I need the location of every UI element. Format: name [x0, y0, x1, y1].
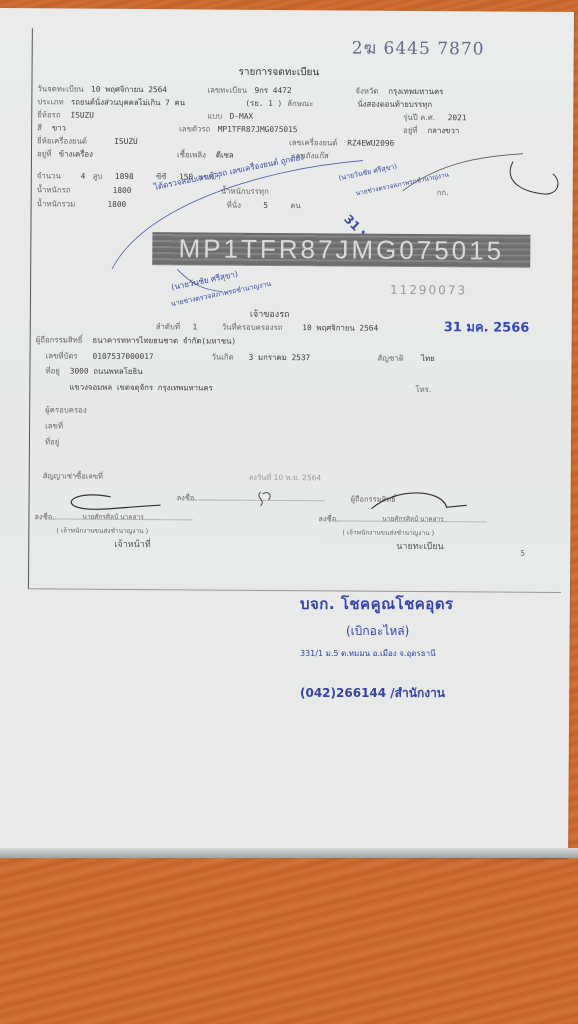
holder-date: 3 มกราคม 2537 [249, 353, 311, 362]
cylinders: 4 [81, 172, 86, 181]
initials-signature [252, 488, 276, 514]
handwritten-note: 2ฆ 6445 7870 [352, 34, 485, 62]
possession-date: 10 พฤศจิกายน 2564 [302, 323, 378, 333]
engine-brand: ISUZU [114, 137, 138, 146]
plate-number: 9กร 4472 [254, 86, 291, 95]
registration-date: 10 พฤศจิกายน 2564 [91, 85, 167, 95]
stamped-date: 31 มค. 2566 [444, 316, 530, 338]
officer-title: เจ้าหน้าที่ [114, 537, 151, 551]
contract-date: ลงวันที่ 10 พ.ย. 2564 [249, 472, 322, 485]
brand: ISUZU [70, 111, 94, 120]
vehicle-code: (รย. 1 ) [245, 99, 282, 108]
color: ขาว [52, 123, 66, 132]
phone-label: โทร. [415, 385, 431, 394]
registration-date-row: วันจดทะเบียน 10 พฤศจิกายน 2564 [37, 83, 167, 96]
owner-order: 1 [192, 322, 197, 331]
engine-position: ข้างเครื่อง [59, 149, 93, 158]
possessor-address-label: ที่อยู่ [45, 437, 59, 446]
registrar-role: ( เจ้าพนักงานขนส่งชำนาญงาน ) [342, 527, 434, 538]
dealer-name: บจก. โชคคูณโชคอุดร [300, 592, 454, 616]
engine-number: RZ4EWU2096 [347, 138, 394, 147]
model-year: 2021 [448, 113, 467, 122]
owner-section-heading: เจ้าของรถ [250, 307, 290, 321]
chassis-number: MP1TFR87JMG075015 [218, 125, 298, 135]
registrar-signature [366, 489, 476, 520]
ownership-holder: ธนาคารทหารไทยธนชาต จำกัด(มหาชน) [92, 336, 236, 346]
chassis-position: กลางขวา [427, 126, 459, 135]
holder-address-line1: 3000 ถนนพหลโยธิน [70, 367, 143, 377]
pen-marks [102, 149, 573, 302]
possessor-label: ผู้ครอบครอง [45, 405, 87, 414]
dealer-phone: (042)266144 /สำนักงาน [300, 684, 454, 703]
dealer-department: (เบิกอะไหล่) [346, 622, 454, 641]
dealer-stamp: บจก. โชคคูณโชคอุดร (เบิกอะไหล่) 331/1 ม.… [300, 592, 454, 703]
officer-signature [60, 488, 180, 519]
holder-address-line2: แขวงจอมพล เขตจตุจักร กรุงเทพมหานคร [69, 382, 213, 395]
contract-label: สัญญาเช่าซื้อเลขที่ [43, 470, 103, 482]
province: กรุงเทพมหานคร [388, 87, 443, 96]
vehicle-type: รถยนต์นั่งส่วนบุคคลไม่เกิน 7 คน [71, 98, 185, 108]
officer-role: ( เจ้าพนักงานขนส่งชำนาญงาน ) [56, 525, 148, 536]
registrar-title: นายทะเบียน [396, 539, 444, 553]
paper-stack-edge [0, 848, 578, 858]
registration-document: 2ฆ 6445 7870 รายการจดทะเบียน วันจดทะเบีย… [0, 8, 574, 857]
nationality: ไทย [421, 354, 435, 363]
vehicle-style: นั่งสองตอนท้ายบรรทุก [357, 100, 432, 110]
holder-id: 0107537000017 [93, 352, 154, 361]
document-title: รายการจดทะเบียน [239, 65, 320, 81]
model: D-MAX [230, 112, 254, 121]
corner-number: 5 [520, 549, 525, 558]
dealer-address: 331/1 ม.5 ต.หมมน อ.เมือง จ.อุดรธานี [300, 647, 454, 660]
possessor-id-label: เลขที่ [45, 421, 63, 430]
